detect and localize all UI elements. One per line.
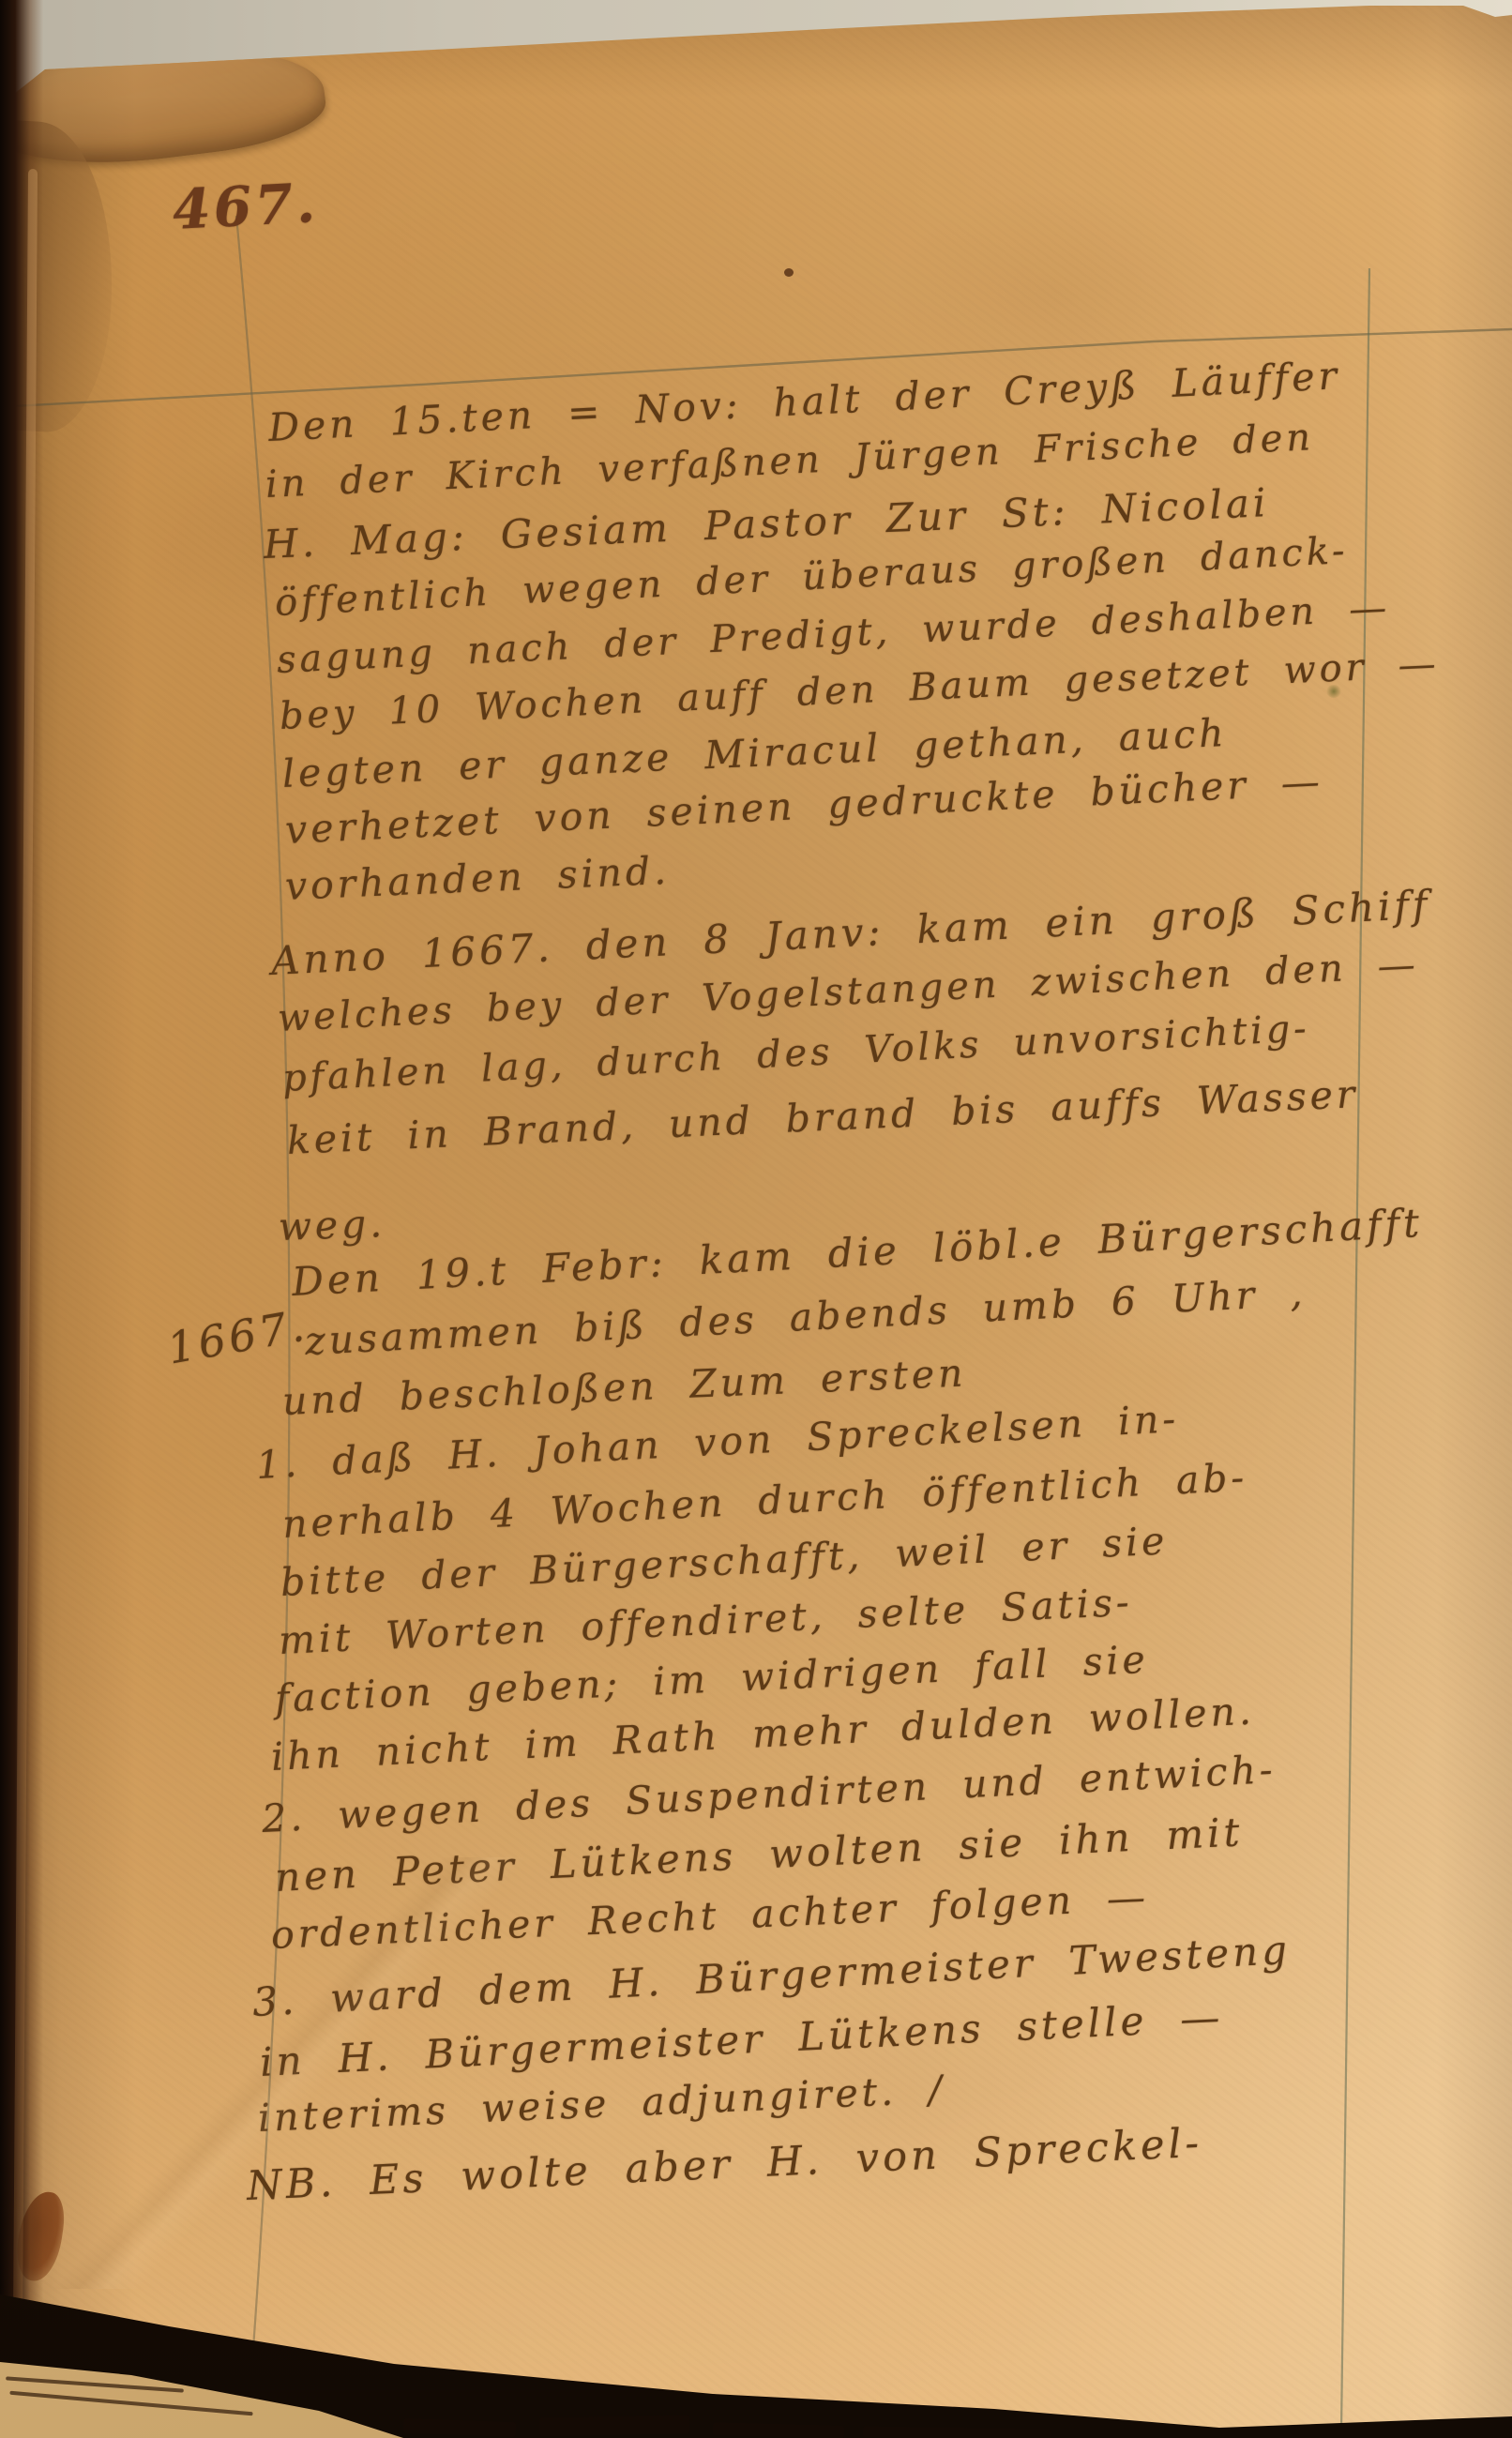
manuscript-page: 467. 1667. Den 15.ten = Nov: halt der Cr… xyxy=(0,0,1512,2438)
manuscript-line: vorhanden sind. xyxy=(284,848,671,909)
manuscript-line: weg. xyxy=(278,1201,386,1249)
photograph: 467. 1667. Den 15.ten = Nov: halt der Cr… xyxy=(0,0,1512,2438)
handwriting-layer: Den 15.ten = Nov: halt der Creyß Läuffer… xyxy=(0,0,1512,2438)
ink-speck xyxy=(784,268,794,277)
olive-speck xyxy=(1326,685,1341,698)
